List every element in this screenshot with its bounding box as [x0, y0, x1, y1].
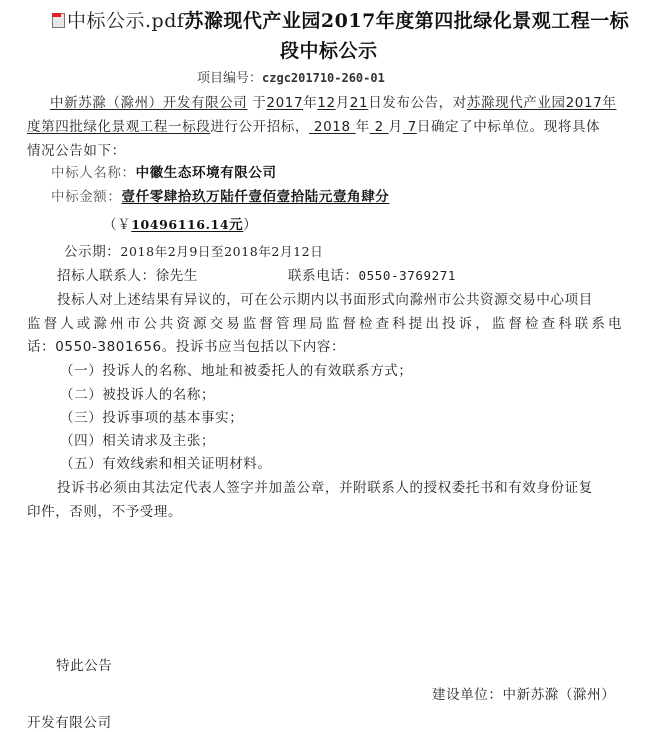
award-day: 7: [403, 119, 417, 135]
text: 于: [252, 95, 266, 111]
document-title-line1: 中标公示.pdf苏滁现代产业园2017年度第四批绿化景观工程一标: [52, 6, 629, 33]
pdf-file-icon[interactable]: [52, 13, 65, 28]
award-year: 2018: [309, 119, 356, 135]
intro-line-1: 中新苏滁（滁州）开发有限公司 于2017年12月21日发布公告，对苏滁现代产业园…: [50, 91, 616, 111]
award-month: 2: [370, 119, 389, 135]
contact-person-label: 招标人联系人：: [57, 268, 156, 284]
complaint-line-3: 话：0550-3801656。投诉书应当包括以下内容：: [27, 335, 345, 355]
winner-name-row: 中标人名称：中徽生态环境有限公司: [51, 161, 277, 181]
text: 日发布公告，对: [368, 95, 467, 111]
text: 进行公开招标，: [210, 119, 309, 135]
text: 年: [303, 95, 317, 111]
contact-phone-value: 0550-3769271: [359, 268, 457, 283]
complaint-item-2: （二）被投诉人的名称；: [60, 383, 215, 403]
requirement-line-1: 投诉书必须由其法定代表人签字并加盖公章，并附联系人的授权委托书和有效身份证复: [57, 476, 593, 496]
closing-remark: 特此公告: [56, 654, 112, 674]
issue-year: 2017: [266, 95, 303, 111]
complaint-item-4: （四）相关请求及主张；: [60, 429, 215, 449]
issuer-company: 中新苏滁（滁州）开发有限公司: [50, 95, 247, 111]
winner-name: 中徽生态环境有限公司: [136, 165, 277, 181]
text: 日确定了中标单位。现将具体: [417, 119, 600, 135]
issue-day: 21: [350, 95, 368, 111]
project-number-value: czgc201710-260-01: [262, 71, 385, 85]
text: 年: [356, 119, 370, 135]
issuer-unit-name-part1: 中新苏滁（滁州）: [503, 687, 616, 703]
winner-amount-row: 中标金额：壹仟零肆拾玖万陆仟壹佰壹拾陆元壹角肆分: [51, 185, 389, 205]
requirement-line-2: 印件，否则，不予受理。: [27, 500, 182, 520]
issuer-unit-label: 建设单位：: [432, 687, 503, 703]
text: 月: [336, 95, 350, 111]
title-text-2: 段中标公示: [280, 40, 378, 62]
winner-name-label: 中标人名称：: [51, 165, 136, 181]
text: ）: [243, 217, 257, 233]
winner-amount-number-row: （￥10496116.14元）: [103, 213, 257, 233]
issuer-unit-cont: 开发有限公司: [27, 711, 112, 731]
intro-line-2: 度第四批绿化景观工程一标段进行公开招标， 2018 年 2 月 7日确定了中标单…: [27, 115, 600, 135]
document-title-line2: 段中标公示: [280, 36, 378, 63]
winner-amount-words: 壹仟零肆拾玖万陆仟壹佰壹拾陆元壹角肆分: [122, 189, 390, 205]
complaint-line-2: 监督人或滁州市公共资源交易监督管理局监督检查科提出投诉，监督检查科联系电: [27, 312, 625, 332]
issuer-unit: 建设单位：中新苏滁（滁州）: [432, 683, 615, 703]
attachment-filename[interactable]: 中标公示.pdf: [67, 10, 184, 32]
complaint-item-1: （一）投诉人的名称、地址和被委托人的有效联系方式；: [60, 359, 413, 379]
period-label: 公示期：: [64, 244, 120, 260]
text: 月: [389, 119, 403, 135]
project-name-part2: 度第四批绿化景观工程一标段: [27, 119, 210, 135]
winner-amount-number: 10496116.14: [131, 217, 229, 232]
project-number-label: 项目编号：: [197, 71, 262, 86]
contact-phone: 联系电话：0550-3769271: [288, 264, 456, 284]
text: （￥: [103, 217, 131, 233]
contact-person: 招标人联系人：徐先生: [57, 264, 198, 284]
contact-person-name: 徐先生: [156, 268, 198, 284]
issue-month: 12: [317, 95, 335, 111]
winner-amount-label: 中标金额：: [51, 189, 122, 205]
text: 元: [229, 217, 243, 233]
complaint-item-3: （三）投诉事项的基本事实；: [60, 406, 243, 426]
intro-line-3: 情况公告如下：: [27, 139, 126, 159]
title-text-1: 苏滁现代产业园2017年度第四批绿化景观工程一标: [184, 10, 629, 32]
complaint-item-5: （五）有效线索和相关证明材料。: [60, 452, 272, 472]
publicity-period: 公示期：2018年2月9日至2018年2月12日: [64, 240, 323, 260]
project-number: 项目编号：czgc201710-260-01: [197, 67, 385, 86]
complaint-line-1: 投标人对上述结果有异议的，可在公示期内以书面形式向滁州市公共资源交易中心项目: [57, 288, 593, 308]
project-name-part1: 苏滁现代产业园2017年: [467, 95, 617, 111]
contact-phone-label: 联系电话：: [288, 268, 359, 284]
period-value: 2018年2月9日至2018年2月12日: [120, 244, 323, 259]
